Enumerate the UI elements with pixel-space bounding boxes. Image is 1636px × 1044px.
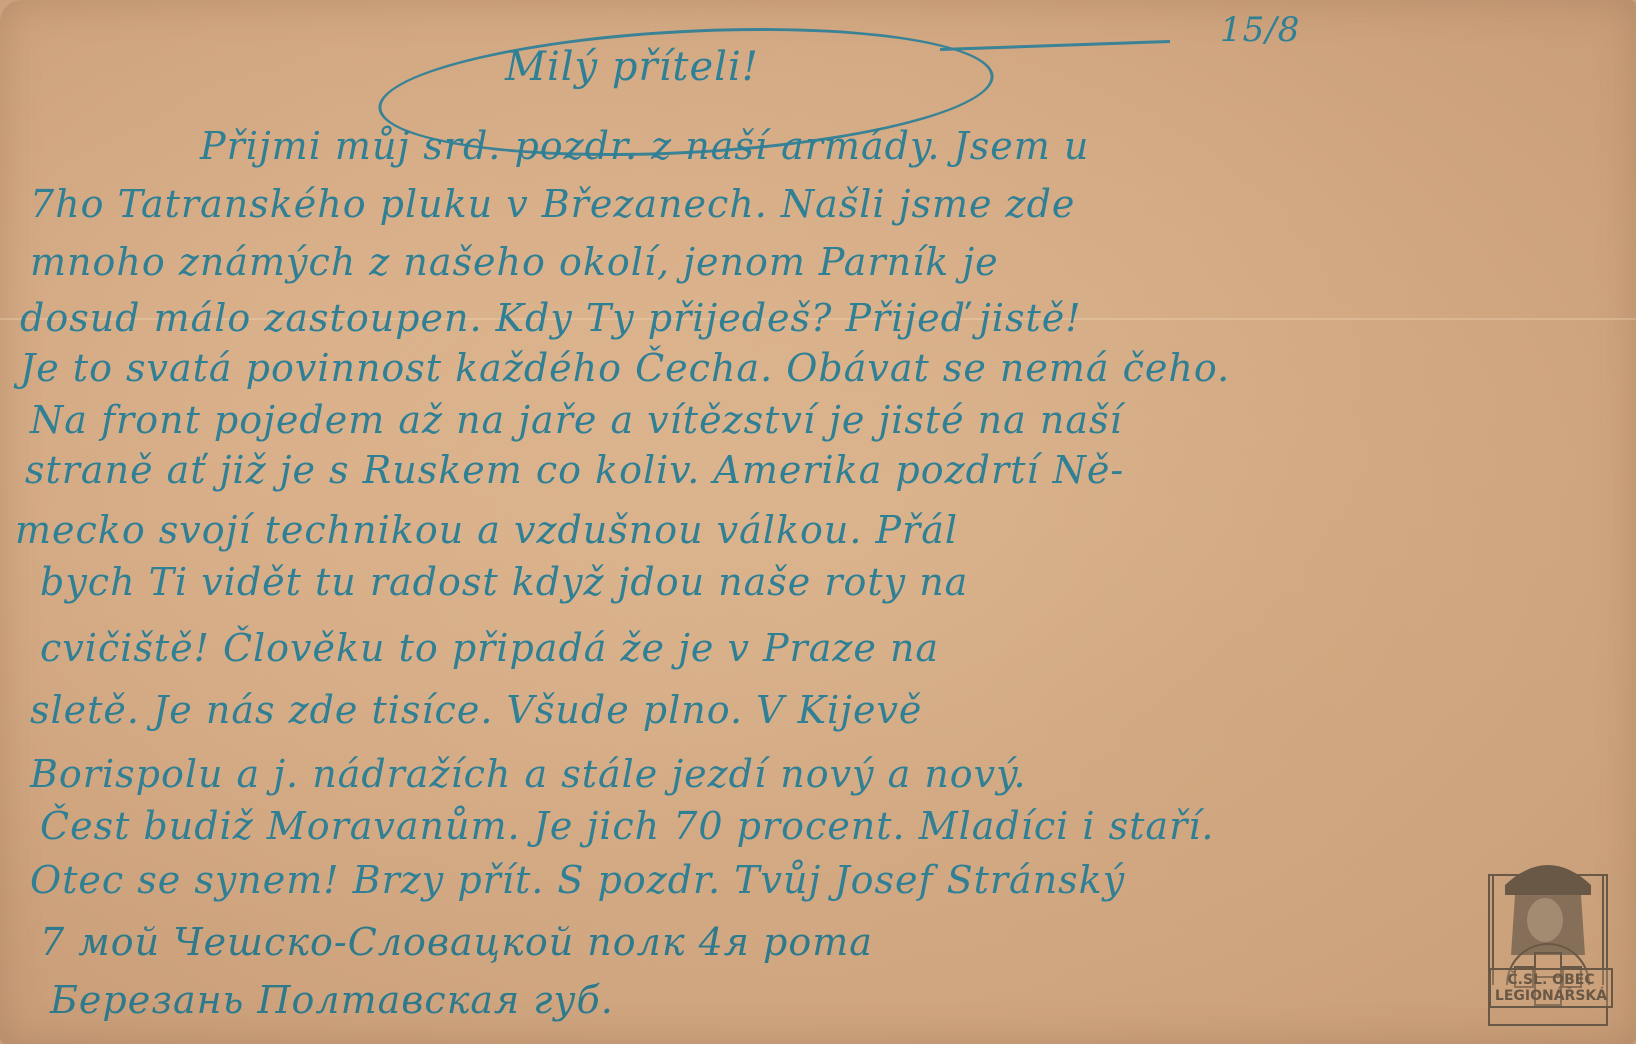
letter-line-8: mecko svojí technikou a vzdušnou válkou.… xyxy=(15,508,958,552)
stamp-caption-line-2: LEGIONÁŘSKÁ xyxy=(1491,988,1611,1004)
letter-line-1: Přijmi můj srd. pozdr. z naší armády. Js… xyxy=(200,124,1089,168)
letter-line-7: straně ať již je s Ruskem co koliv. Amer… xyxy=(25,448,1124,492)
address-line-1: 7 мой Чешско-Словацкой полк 4я рота xyxy=(40,920,873,964)
postcard: Milý příteli! 15/8 Přijmi můj srd. pozdr… xyxy=(0,0,1636,1044)
letter-line-6: Na front pojedem až na jaře a vítězství … xyxy=(30,398,1123,442)
letter-line-2: 7ho Tatranského pluku v Březanech. Našli… xyxy=(30,182,1075,226)
letter-line-12: Borispolu a j. nádražích a stále jezdí n… xyxy=(30,752,1027,796)
letter-line-4: dosud málo zastoupen. Kdy Ty přijedeš? P… xyxy=(20,296,1082,340)
letter-line-3: mnoho známých z našeho okolí, jenom Parn… xyxy=(30,240,999,284)
stamp-caption: Č.SL. OBEC LEGIONÁŘSKÁ xyxy=(1489,968,1613,1008)
date: 15/8 xyxy=(1220,10,1300,50)
letter-line-5: Je to svatá povinnost každého Čecha. Obá… xyxy=(20,346,1230,390)
greeting: Milý příteli! xyxy=(505,44,759,90)
letter-line-10: cvičiště! Člověku to připadá že je v Pra… xyxy=(40,626,939,670)
greeting-flourish-tail xyxy=(940,40,1170,51)
address-line-2: Березань Полтавская губ. xyxy=(50,978,614,1022)
letter-line-13: Čest budiž Moravanům. Je jich 70 procent… xyxy=(40,804,1214,848)
letter-line-9: bych Ti vidět tu radost když jdou naše r… xyxy=(40,560,968,604)
stamp-caption-line-1: Č.SL. OBEC xyxy=(1491,972,1611,988)
letter-line-11: sletě. Je nás zde tisíce. Všude plno. V … xyxy=(30,688,922,732)
letter-line-14-signature: Otec se synem! Brzy přít. S pozdr. Tvůj … xyxy=(30,858,1125,902)
